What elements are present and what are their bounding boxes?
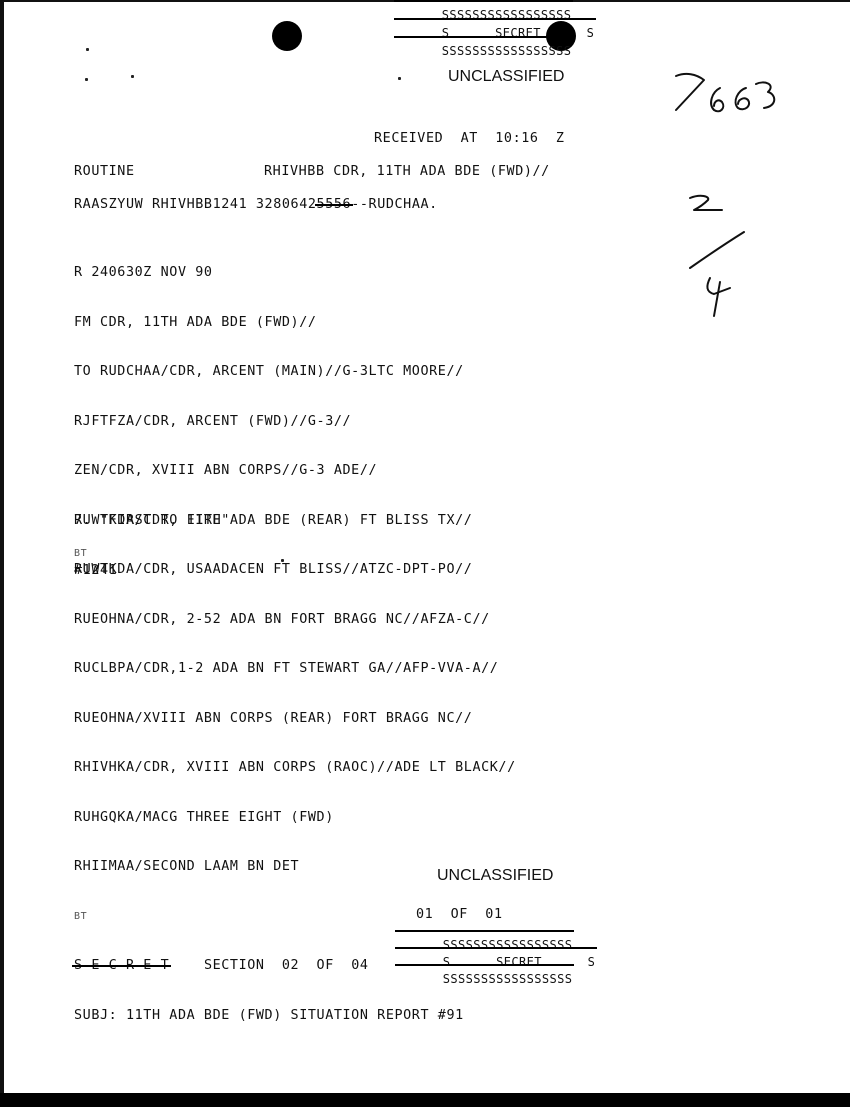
bottom-classification-label: UNCLASSIFIED <box>437 867 553 885</box>
addressee-line: RUCLBPA/CDR,1-2 ADA BN FT STEWART GA//AF… <box>74 661 516 678</box>
marking-line-3: SSSSSSSSSSSSSSSSS <box>443 972 573 986</box>
scan-edge-bottom <box>0 1093 850 1107</box>
message-number: #1241 <box>74 563 117 580</box>
message-body: 7. "FIRST TO FIRE" <box>74 513 230 530</box>
top-classification-label: UNCLASSIFIED <box>448 68 564 86</box>
handwritten-document-number <box>668 66 788 118</box>
page-count: 01 OF 01 <box>416 907 503 924</box>
handwritten-page-fraction <box>680 180 760 320</box>
addressee-line: RUWTKDA/CDR, USAADACEN FT BLISS//ATZC-DP… <box>74 562 516 579</box>
precedence: ROUTINE <box>74 164 135 181</box>
addressee-line: RUHGQKA/MACG THREE EIGHT (FWD) <box>74 810 516 827</box>
transmission-id-prefix: RAASZYUW RHIVHBB1241 3280642 <box>74 197 317 212</box>
addressee-line: RHIVHKA/CDR, XVIII ABN CORPS (RAOC)//ADE… <box>74 760 516 777</box>
date-time-group: R 240630Z NOV 90 <box>74 265 516 282</box>
struck-classification: S E C R E T <box>74 958 169 975</box>
addressee-line: RUEOHNA/CDR, 2-52 ADA BN FORT BRAGG NC//… <box>74 612 516 629</box>
subject-line: SUBJ: 11TH ADA BDE (FWD) SITUATION REPOR… <box>74 1008 516 1025</box>
originator-routing: RHIVHBB CDR, 11TH ADA BDE (FWD)// <box>264 164 550 181</box>
from-line: FM CDR, 11TH ADA BDE (FWD)// <box>74 315 516 332</box>
scan-speck <box>131 75 134 78</box>
document-page: SSSSSSSSSSSSSSSSS S SECRET S SSSSSSSSSSS… <box>0 0 850 1107</box>
transmission-id-suffix: --RUDCHAA. <box>351 197 438 212</box>
addressee-line: ZEN/CDR, XVIII ABN CORPS//G-3 ADE// <box>74 463 516 480</box>
received-time: RECEIVED AT 10:16 Z <box>374 131 565 148</box>
transmission-id-redacted: 5556 <box>317 197 352 214</box>
break-marker-end: BT <box>74 546 87 563</box>
scan-speck <box>86 48 89 51</box>
scan-speck <box>85 78 88 81</box>
addressee-line: RUEOHNA/XVIII ABN CORPS (REAR) FORT BRAG… <box>74 711 516 728</box>
addressee-line: RJFTFZA/CDR, ARCENT (FWD)//G-3// <box>74 414 516 431</box>
scan-edge-left <box>0 0 4 1093</box>
punch-hole-left <box>272 21 302 51</box>
addressee-line: TO RUDCHAA/CDR, ARCENT (MAIN)//G-3LTC MO… <box>74 364 516 381</box>
marking-line-3: SSSSSSSSSSSSSSSSS <box>442 44 572 58</box>
transmission-id: RAASZYUW RHIVHBB1241 32806425556--RUDCHA… <box>74 197 438 214</box>
scan-speck <box>398 77 401 80</box>
section-number: SECTION 02 OF 04 <box>204 958 369 973</box>
